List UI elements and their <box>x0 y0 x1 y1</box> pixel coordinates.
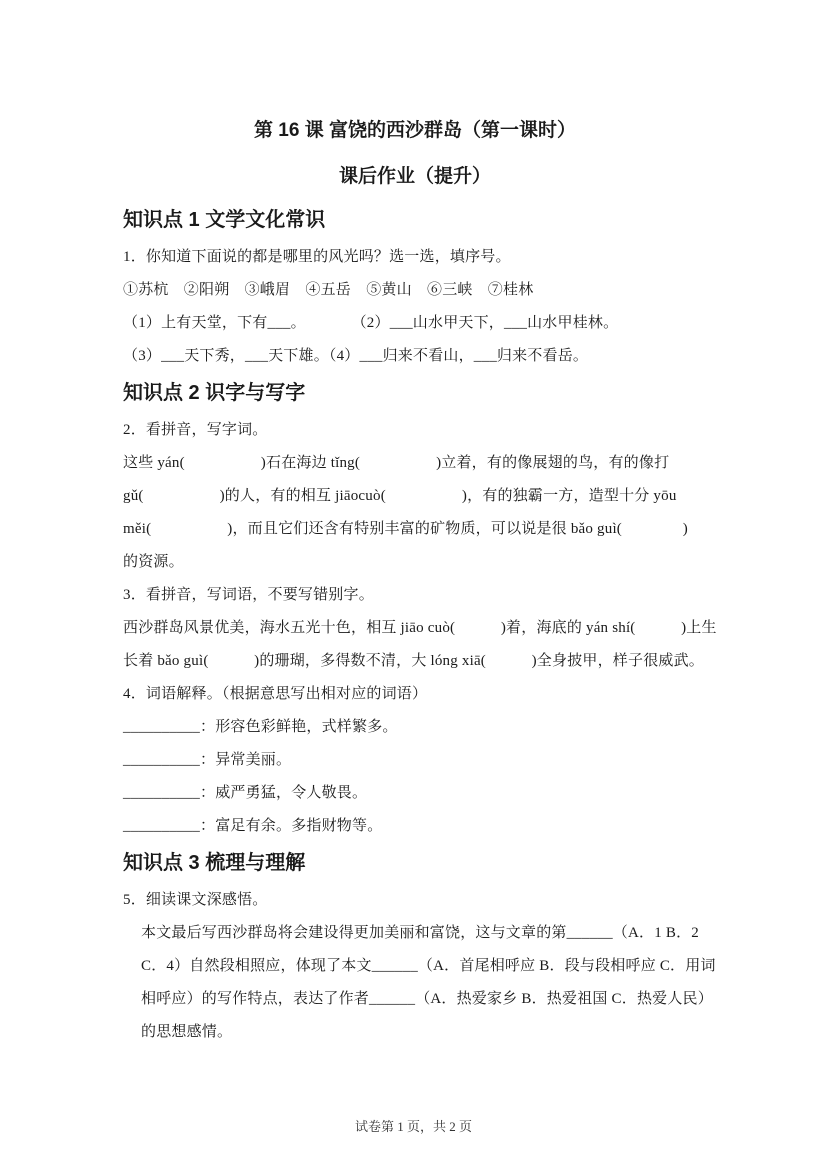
question-5-text-line-2: C．4）自然段相照应，体现了本文______（A．首尾相呼应 B．段与段相呼应 … <box>141 956 707 976</box>
question-1-options: ①苏杭 ②阳朔 ③峨眉 ④五岳 ⑤黄山 ⑥三峡 ⑦桂林 <box>123 280 707 300</box>
question-4-definition-3: __________：威严勇猛，令人敬畏。 <box>123 783 707 803</box>
question-3-prompt: 3．看拼音，写词语，不要写错别字。 <box>123 585 707 605</box>
question-2-prompt: 2．看拼音，写字词。 <box>123 420 707 440</box>
worksheet-content: 第 16 课 富饶的西沙群岛（第一课时） 课后作业（提升） 知识点 1 文学文化… <box>123 118 707 1055</box>
question-4-prompt: 4．词语解释。（根据意思写出相对应的词语） <box>123 684 707 704</box>
worksheet-page: 第 16 课 富饶的西沙群岛（第一课时） 课后作业（提升） 知识点 1 文学文化… <box>0 0 827 1169</box>
question-2-text-line-1: 这些 yán( )石在海边 tǐng( )立着，有的像展翅的鸟，有的像打 <box>123 453 707 473</box>
question-5-text-line-4: 的思想感情。 <box>141 1022 707 1042</box>
question-5-text-line-1: 本文最后写西沙群岛将会建设得更加美丽和富饶，这与文章的第______（A．1 B… <box>141 923 707 943</box>
question-2-text-line-3: měi( )，而且它们还含有特别丰富的矿物质，可以说是很 bǎo guì( ) <box>123 519 707 539</box>
question-1-blanks-row-1: （1）上有天堂，下有___。 （2）___山水甲天下，___山水甲桂林。 <box>123 313 707 333</box>
question-1-prompt: 1．你知道下面说的都是哪里的风光吗？选一选，填序号。 <box>123 247 707 267</box>
document-subtitle: 课后作业（提升） <box>123 164 707 190</box>
question-3-text-line-1: 西沙群岛风景优美，海水五光十色，相互 jiāo cuò( )着，海底的 yán … <box>123 618 707 638</box>
document-title: 第 16 课 富饶的西沙群岛（第一课时） <box>123 118 707 144</box>
question-3-text-line-2: 长着 bǎo guì( )的珊瑚，多得数不清，大 lóng xiā( )全身披甲… <box>123 651 707 671</box>
question-4-definition-2: __________：异常美丽。 <box>123 750 707 770</box>
question-2-text-line-4: 的资源。 <box>123 552 707 572</box>
question-5-text-line-3: 相呼应）的写作特点，表达了作者______（A．热爱家乡 B．热爱祖国 C．热爱… <box>141 989 707 1009</box>
question-5-prompt: 5．细读课文深感悟。 <box>123 890 707 910</box>
section-heading-knowledge-point-3: 知识点 3 梳理与理解 <box>123 849 707 877</box>
section-heading-knowledge-point-1: 知识点 1 文学文化常识 <box>123 206 707 234</box>
question-4-definition-1: __________：形容色彩鲜艳，式样繁多。 <box>123 717 707 737</box>
question-1-blanks-row-2: （3）___天下秀，___天下雄。（4）___归来不看山，___归来不看岳。 <box>123 346 707 366</box>
section-heading-knowledge-point-2: 知识点 2 识字与写字 <box>123 379 707 407</box>
question-4-definition-4: __________：富足有余。多指财物等。 <box>123 816 707 836</box>
question-2-text-line-2: gǔ( )的人，有的相互 jiāocuò( )，有的独霸一方，造型十分 yōu <box>123 486 707 506</box>
page-number-footer: 试卷第 1 页，共 2 页 <box>0 1116 827 1135</box>
